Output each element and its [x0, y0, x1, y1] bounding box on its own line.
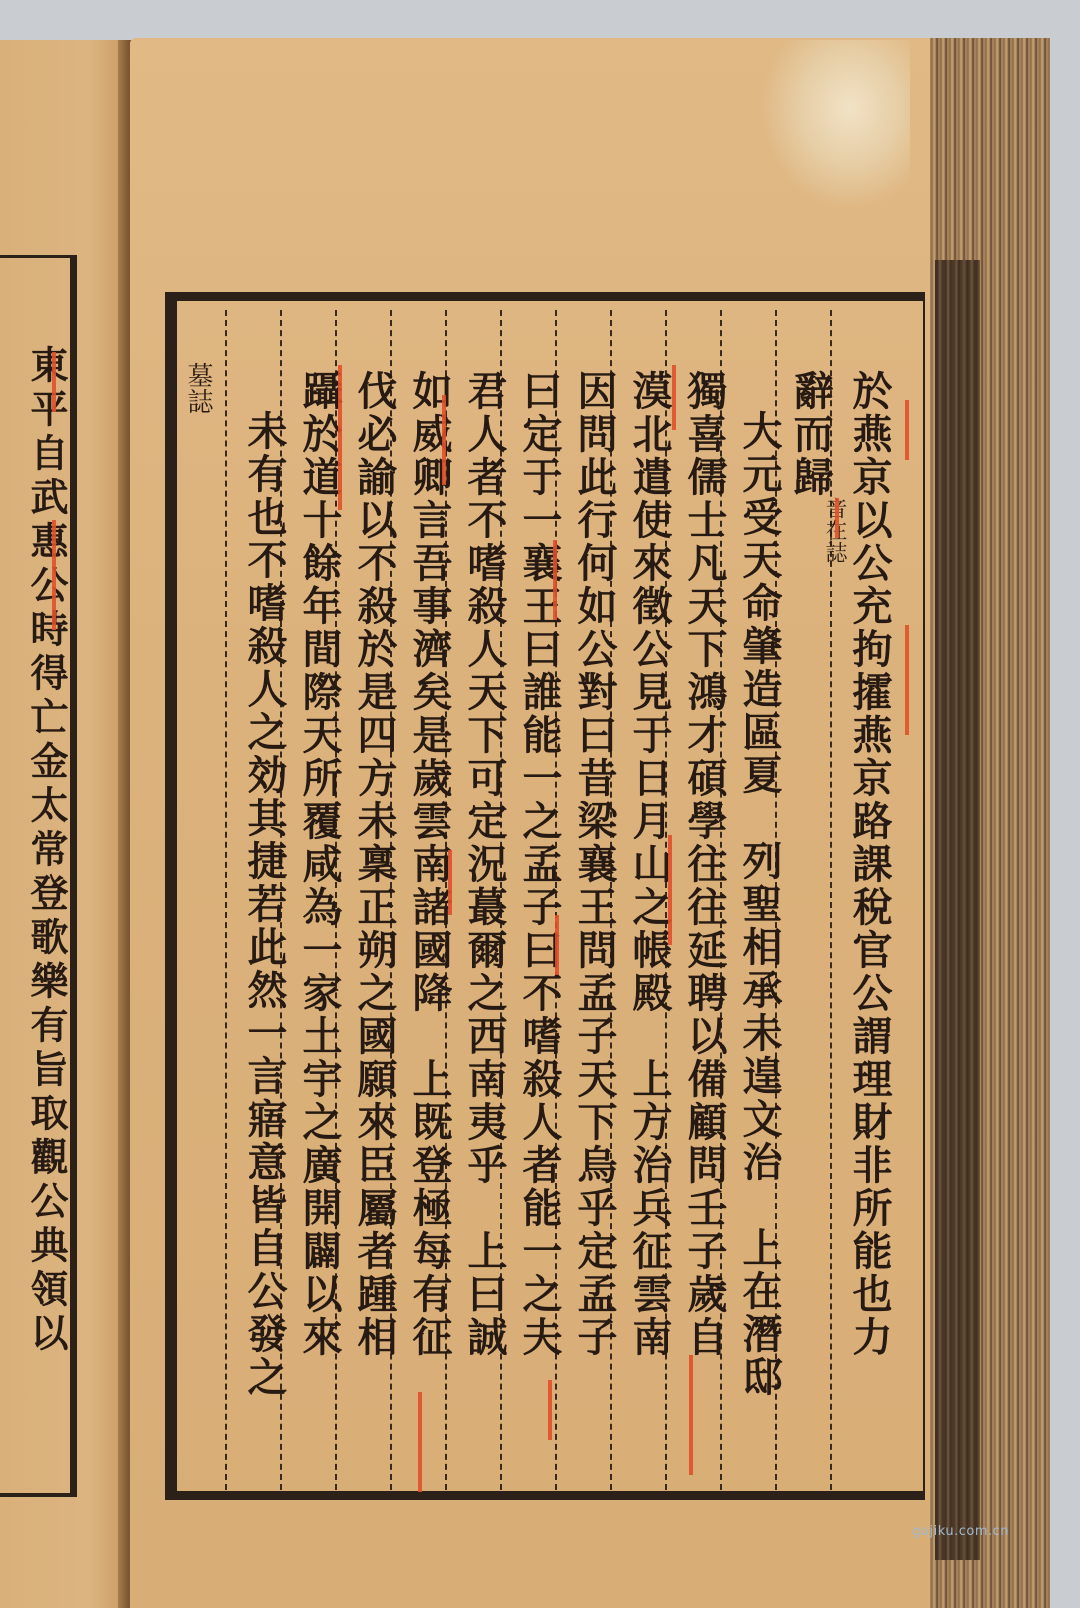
text-column-1: 於燕京以公充拘攉燕京路課稅官公謂理財非所能也力: [838, 370, 898, 1359]
red-mark: [553, 540, 557, 620]
text-column-6: 因問此行何如公對曰昔梁襄王問孟子天下烏乎定孟子: [563, 370, 623, 1359]
red-mark: [52, 352, 56, 412]
paper-damage: [760, 40, 910, 210]
text-column-7: 曰定于一襄王曰誰能一之孟子曰不嗜殺人者能一之夫: [508, 370, 568, 1359]
text-column-10: 伐必諭以不殺於是四方未稟正朔之國願來臣屬者踵相: [343, 370, 403, 1359]
red-mark: [448, 850, 452, 915]
page-edges-shadow: [935, 260, 980, 1560]
watermark: gujiku.com.cn: [912, 1524, 1009, 1539]
text-column-11: 躡於道十餘年間際天所覆咸為一家土宇之廣開闢以來: [288, 370, 348, 1359]
red-mark: [555, 915, 559, 975]
red-mark: [52, 520, 56, 630]
red-mark: [668, 835, 672, 945]
column-rule: [225, 310, 227, 1490]
red-mark: [338, 365, 342, 510]
red-mark: [548, 1380, 552, 1440]
text-column-12: 未有也不嗜殺人之効其捷若此然一言寤意皆自公發之: [233, 410, 293, 1399]
text-column-3: 大元受天命肇造區夏 列聖相承未遑文治 上在潛邸: [728, 410, 788, 1399]
heading-tomb-inscription: 墓誌: [185, 362, 211, 414]
text-column-8: 君人者不嗜殺人天下可定況蕞爾之西南夷乎 上曰誠: [453, 370, 513, 1359]
red-mark: [905, 625, 909, 735]
small-annotation: 音在誌: [822, 497, 846, 563]
red-mark: [418, 1392, 422, 1492]
red-mark: [835, 498, 839, 538]
left-page-column-1: 東平自武惠公時得亡金太常登歌樂有旨取觀公典領以: [14, 345, 74, 1357]
red-mark: [905, 400, 909, 460]
red-mark: [689, 1355, 693, 1475]
frame-left-bar: [165, 292, 177, 1500]
text-column-4: 獨喜儒士凡天下鴻才碩學往往延聘以備顧問壬子歲自: [673, 370, 733, 1359]
red-mark: [442, 395, 446, 485]
text-column-2: 辭而歸: [780, 370, 840, 499]
red-mark: [672, 365, 676, 430]
